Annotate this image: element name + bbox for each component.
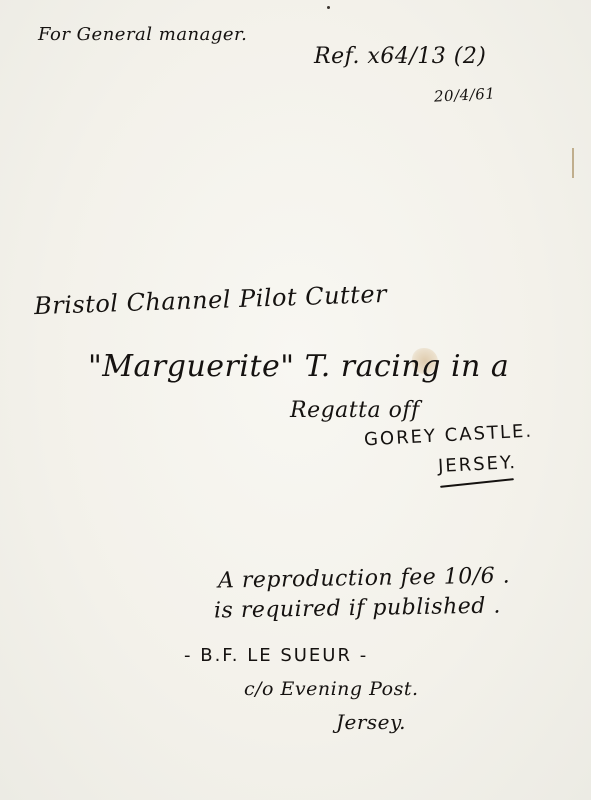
ink-speck [327, 6, 330, 9]
reference-number: Ref. x64/13 (2) [314, 46, 486, 68]
date: 20/4/61 [434, 86, 496, 104]
caption-line-regatta: Regatta off [290, 400, 420, 422]
care-of-line: c/o Evening Post. [244, 680, 419, 699]
publication-requirement-line: is required if published . [214, 595, 501, 622]
place-line: Jersey. [336, 712, 406, 732]
jersey-underline [440, 478, 514, 488]
caption-line-vessel-type: Bristol Channel Pilot Cutter [34, 282, 388, 318]
caption-line-vessel-name: "Marguerite" T. racing in a [88, 352, 509, 382]
reproduction-fee-line: A reproduction fee 10/6 . [218, 565, 511, 592]
caption-line-location: GOREY CASTLE. [364, 423, 534, 450]
caption-line-island: JERSEY. [438, 454, 518, 476]
addressee-note: For General manager. [38, 26, 247, 44]
document-page: For General manager. Ref. x64/13 (2) 20/… [0, 0, 591, 800]
edge-mark [572, 148, 574, 178]
photographer-name: - B.F. LE SUEUR - [184, 647, 368, 665]
